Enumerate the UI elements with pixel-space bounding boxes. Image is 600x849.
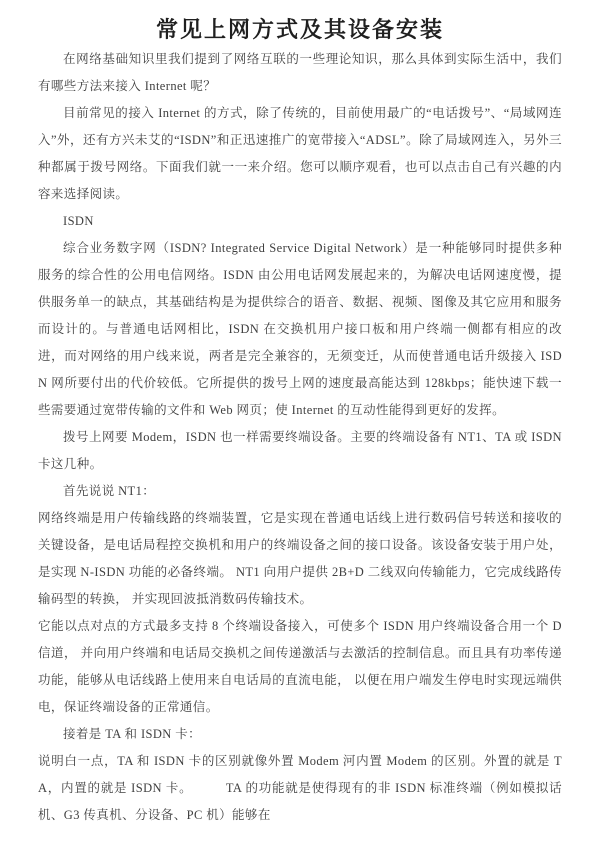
paragraph-access-methods: 目前常见的接入 Internet 的方式，除了传统的，目前使用最广的“电话拨号”… <box>38 100 562 208</box>
paragraph-nt1-features: 它能以点对点的方式最多支持 8 个终端设备接入，可使多个 ISDN 用户终端设备… <box>38 613 562 721</box>
paragraph-intro: 在网络基础知识里我们提到了网络互联的一些理论知识，那么具体到实际生活中，我们有哪… <box>38 46 562 100</box>
paragraph-ta-isdn-card: 说明白一点，TA 和 ISDN 卡的区别就像外置 Modem 河内置 Modem… <box>38 748 562 829</box>
page-title: 常见上网方式及其设备安装 <box>38 14 562 46</box>
document-page: 常见上网方式及其设备安装 在网络基础知识里我们提到了网络互联的一些理论知识，那么… <box>0 0 600 849</box>
page-title-text: 常见上网方式及其设备安装 <box>156 17 444 42</box>
heading-isdn: ISDN <box>38 208 562 235</box>
paragraph-isdn-devices: 拨号上网要 Modem，ISDN 也一样需要终端设备。主要的终端设备有 NT1、… <box>38 424 562 478</box>
document-body: 在网络基础知识里我们提到了网络互联的一些理论知识，那么具体到实际生活中，我们有哪… <box>38 46 562 829</box>
paragraph-isdn-overview: 综合业务数字网（ISDN? Integrated Service Digital… <box>38 235 562 424</box>
paragraph-nt1-description: 网络终端是用户传输线路的终端装置，它是实现在普通电话线上进行数码信号转送和接收的… <box>38 505 562 613</box>
heading-nt1: 首先说说 NT1： <box>38 478 562 505</box>
heading-ta-isdn-card: 接着是 TA 和 ISDN 卡： <box>38 721 562 748</box>
